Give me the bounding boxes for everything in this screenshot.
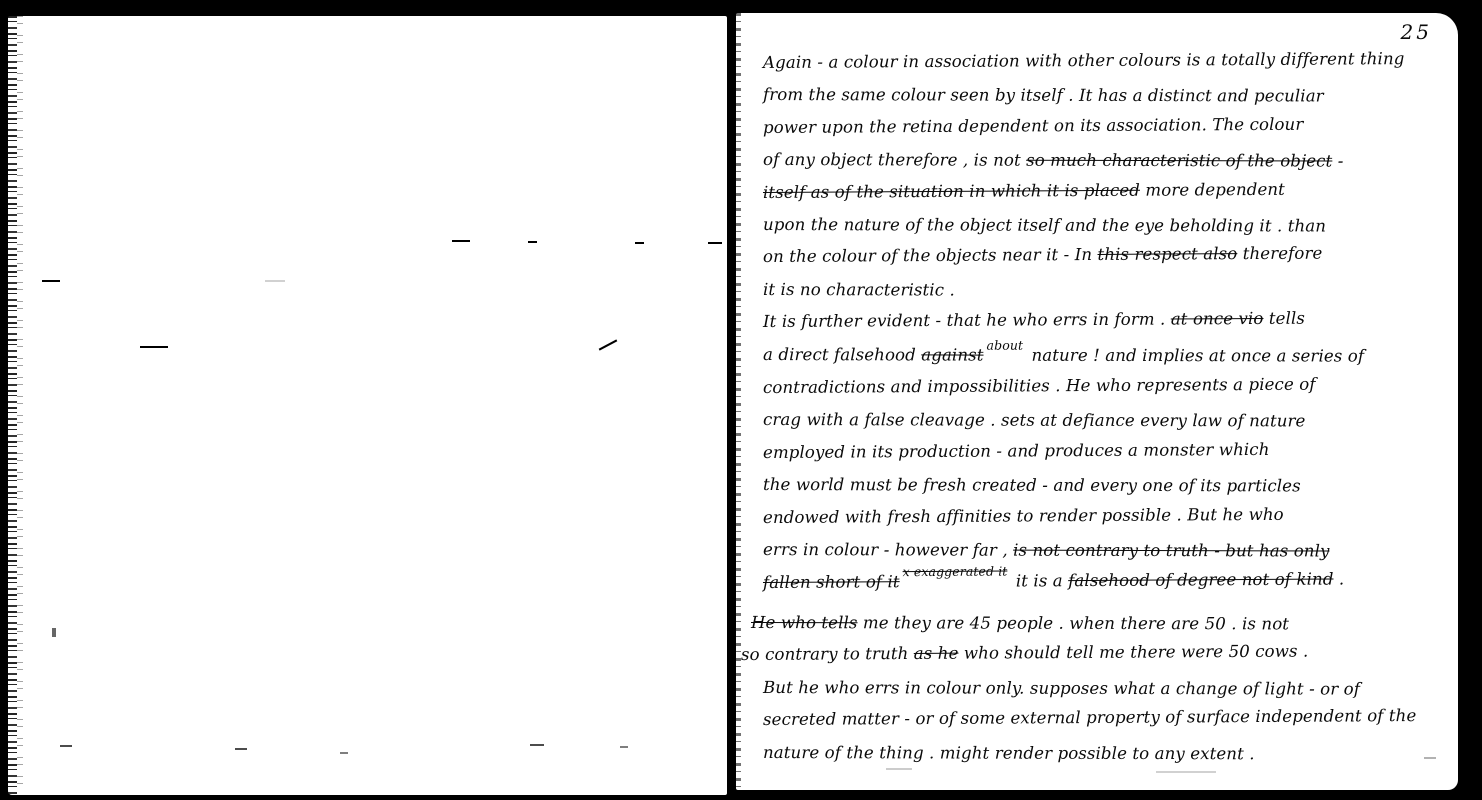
manuscript-segment: Again - a colour in association with oth… — [763, 49, 1405, 72]
manuscript-segment: of any object therefore , is not — [763, 150, 1026, 170]
manuscript-line: itself as of the situation in which it i… — [763, 172, 1440, 209]
stray-mark — [235, 748, 247, 750]
manuscript-line: nature of the thing . might render possi… — [763, 737, 1440, 771]
manuscript-segment: contradictions and impossibilities . He … — [763, 375, 1316, 397]
manuscript-segment: But he who errs in colour only. supposes… — [763, 678, 1360, 699]
scan-edge-noise — [8, 16, 17, 795]
struck-text: He who tells — [751, 613, 858, 632]
stray-mark — [42, 280, 60, 282]
manuscript-segment: It is further evident - that he who errs… — [763, 310, 1171, 331]
manuscript-text: Again - a colour in association with oth… — [763, 47, 1440, 769]
manuscript-segment: nature of the thing . might render possi… — [763, 743, 1255, 763]
scan-edge-noise — [17, 16, 23, 795]
manuscript-line: It is further evident - that he who errs… — [763, 302, 1440, 339]
manuscript-line: endowed with fresh affinities to render … — [763, 498, 1440, 535]
right-page: 25 Again - a colour in association with … — [736, 13, 1458, 790]
stray-mark — [52, 628, 56, 637]
manuscript-line: fallen short of itx exaggerated it it is… — [763, 562, 1440, 600]
manuscript-segment: it is no characteristic . — [763, 280, 955, 300]
stray-mark — [452, 240, 470, 242]
manuscript-segment: power upon the retina dependent on its a… — [763, 115, 1303, 137]
manuscript-segment: endowed with fresh affinities to render … — [763, 505, 1284, 527]
manuscript-line: employed in its production - and produce… — [763, 433, 1440, 470]
stray-mark — [635, 242, 644, 244]
manuscript-segment: on the colour of the objects near it - I… — [763, 245, 1098, 266]
manuscript-segment: secreted matter - or of some external pr… — [763, 706, 1416, 729]
stray-mark — [60, 745, 72, 747]
manuscript-line: so contrary to truth as he who should te… — [741, 635, 1440, 672]
manuscript-segment: more dependent — [1140, 179, 1285, 199]
manuscript-segment: therefore — [1237, 244, 1322, 264]
manuscript-segment: me they are 45 people . when there are 5… — [858, 613, 1290, 633]
struck-text: is not contrary to truth - but has only — [1013, 541, 1329, 561]
stray-mark — [140, 346, 168, 348]
manuscript-segment: employed in its production - and produce… — [763, 440, 1270, 462]
manuscript-page-number: 25 — [1401, 20, 1432, 44]
manuscript-segment: tells — [1263, 309, 1305, 328]
manuscript-segment: who should tell me there were 50 cows . — [958, 642, 1308, 663]
manuscript-segment: - — [1332, 152, 1343, 171]
manuscript-segment: upon the nature of the object itself and… — [763, 215, 1326, 235]
stray-mark — [265, 280, 285, 282]
struck-text: against — [921, 345, 983, 364]
manuscript-segment: crag with a false cleavage . sets at def… — [763, 410, 1306, 430]
manuscript-segment: so contrary to truth — [741, 644, 914, 664]
inserted-text: x exaggerated it — [903, 555, 1008, 588]
struck-text: as he — [914, 644, 959, 663]
manuscript-segment: from the same colour seen by itself . It… — [763, 85, 1324, 105]
left-page — [8, 16, 727, 795]
struck-text: so much characteristic of the object — [1026, 151, 1332, 171]
manuscript-line: on the colour of the objects near it - I… — [763, 237, 1440, 274]
stray-mark — [1156, 771, 1216, 773]
struck-text: this respect also — [1097, 245, 1237, 265]
stray-mark — [886, 768, 912, 770]
struck-text: falsehood of degree not of kind — [1068, 569, 1333, 590]
manuscript-segment: the world must be fresh created - and ev… — [763, 475, 1301, 495]
manuscript-segment: . — [1333, 569, 1344, 588]
manuscript-line: contradictions and impossibilities . He … — [763, 368, 1440, 405]
manuscript-segment: a direct falsehood — [763, 345, 921, 364]
stray-mark — [708, 242, 722, 244]
scan-gutter-noise — [736, 13, 741, 790]
stray-mark — [1424, 757, 1436, 759]
stray-mark — [528, 241, 537, 243]
stray-mark — [599, 339, 618, 350]
manuscript-line: Again - a colour in association with oth… — [763, 43, 1440, 80]
struck-text: itself as of the situation in which it i… — [763, 180, 1140, 201]
manuscript-line: secreted matter - or of some external pr… — [763, 700, 1440, 737]
struck-text: fallen short of it — [763, 572, 900, 592]
stray-mark — [530, 744, 544, 746]
struck-text: at once vio — [1171, 309, 1264, 329]
stray-mark — [620, 746, 628, 748]
manuscript-segment: it is a — [1010, 571, 1068, 590]
inserted-text: about — [987, 329, 1024, 362]
stray-mark — [340, 752, 348, 754]
manuscript-segment: nature ! and implies at once a series of — [1026, 345, 1364, 365]
manuscript-line: power upon the retina dependent on its a… — [763, 108, 1440, 145]
